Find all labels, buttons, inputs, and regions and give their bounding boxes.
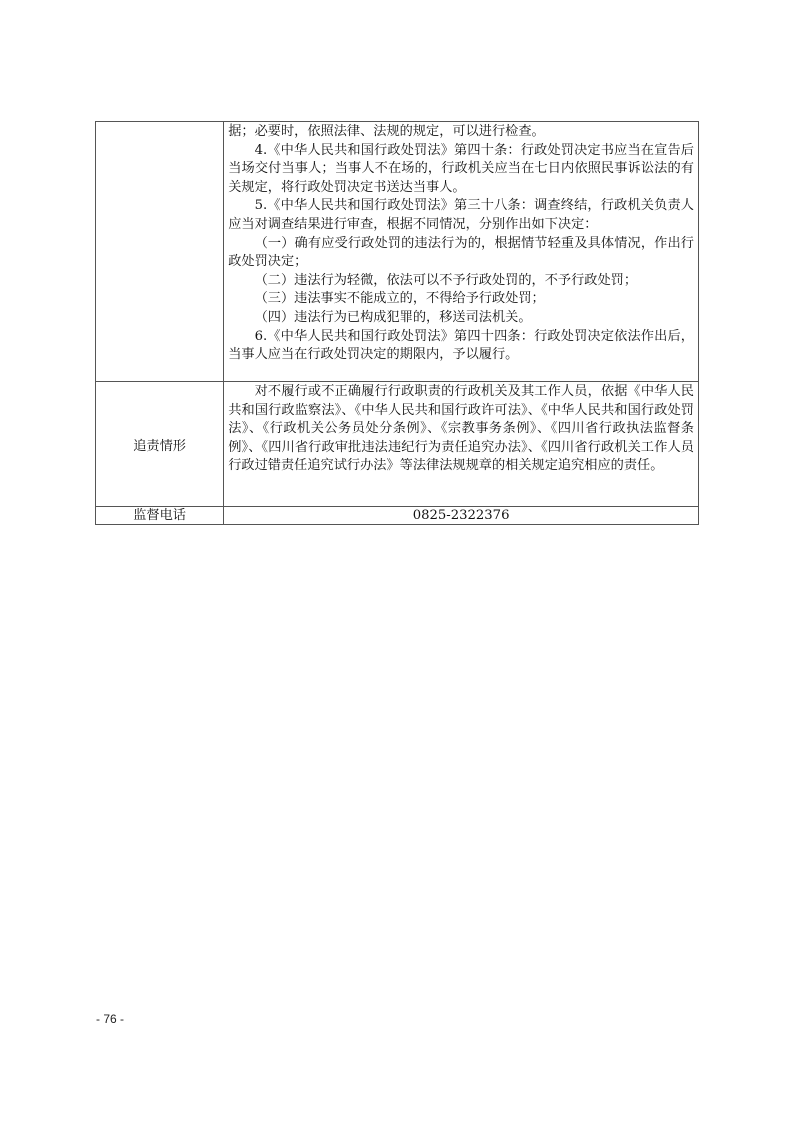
accountability-content: 对不履行或不正确履行行政职责的行政机关及其工作人员，依据《中华人民共和国行政监察…: [224, 382, 699, 507]
basis-paragraph-3: 5.《中华人民共和国行政处罚法》第三十八条：调查终结，行政机关负责人应当对调查结…: [228, 197, 694, 234]
legal-basis-label-cell: [96, 122, 224, 382]
phone-label: 监督电话: [96, 507, 224, 525]
accountability-paragraph: 对不履行或不正确履行行政职责的行政机关及其工作人员，依据《中华人民共和国行政监察…: [228, 383, 694, 476]
table-row-phone: 监督电话 0825-2322376: [96, 507, 699, 525]
phone-value: 0825-2322376: [224, 507, 699, 525]
basis-paragraph-4: （一）确有应受行政处罚的违法行为的，根据情节轻重及具体情况，作出行政处罚决定；: [228, 235, 694, 272]
basis-paragraph-2: 4.《中华人民共和国行政处罚法》第四十条：行政处罚决定书应当在宣告后当场交付当事…: [228, 142, 694, 198]
basis-paragraph-1: 据；必要时，依照法律、法规的规定，可以进行检查。: [228, 123, 694, 142]
page-number: - 76 -: [96, 1012, 124, 1026]
basis-paragraph-8: 6.《中华人民共和国行政处罚法》第四十四条：行政处罚决定依法作出后，当事人应当在…: [228, 328, 694, 365]
basis-paragraph-6: （三）违法事实不能成立的，不得给予行政处罚；: [228, 290, 694, 309]
legal-basis-content: 据；必要时，依照法律、法规的规定，可以进行检查。 4.《中华人民共和国行政处罚法…: [224, 122, 699, 382]
basis-paragraph-5: （二）违法行为轻微，依法可以不予行政处罚的，不予行政处罚；: [228, 272, 694, 291]
table-row-accountability: 追责情形 对不履行或不正确履行行政职责的行政机关及其工作人员，依据《中华人民共和…: [96, 382, 699, 507]
procedure-table: 据；必要时，依照法律、法规的规定，可以进行检查。 4.《中华人民共和国行政处罚法…: [95, 121, 699, 525]
table-row-legal-basis: 据；必要时，依照法律、法规的规定，可以进行检查。 4.《中华人民共和国行政处罚法…: [96, 122, 699, 382]
basis-paragraph-7: （四）违法行为已构成犯罪的，移送司法机关。: [228, 309, 694, 328]
accountability-label: 追责情形: [96, 382, 224, 507]
